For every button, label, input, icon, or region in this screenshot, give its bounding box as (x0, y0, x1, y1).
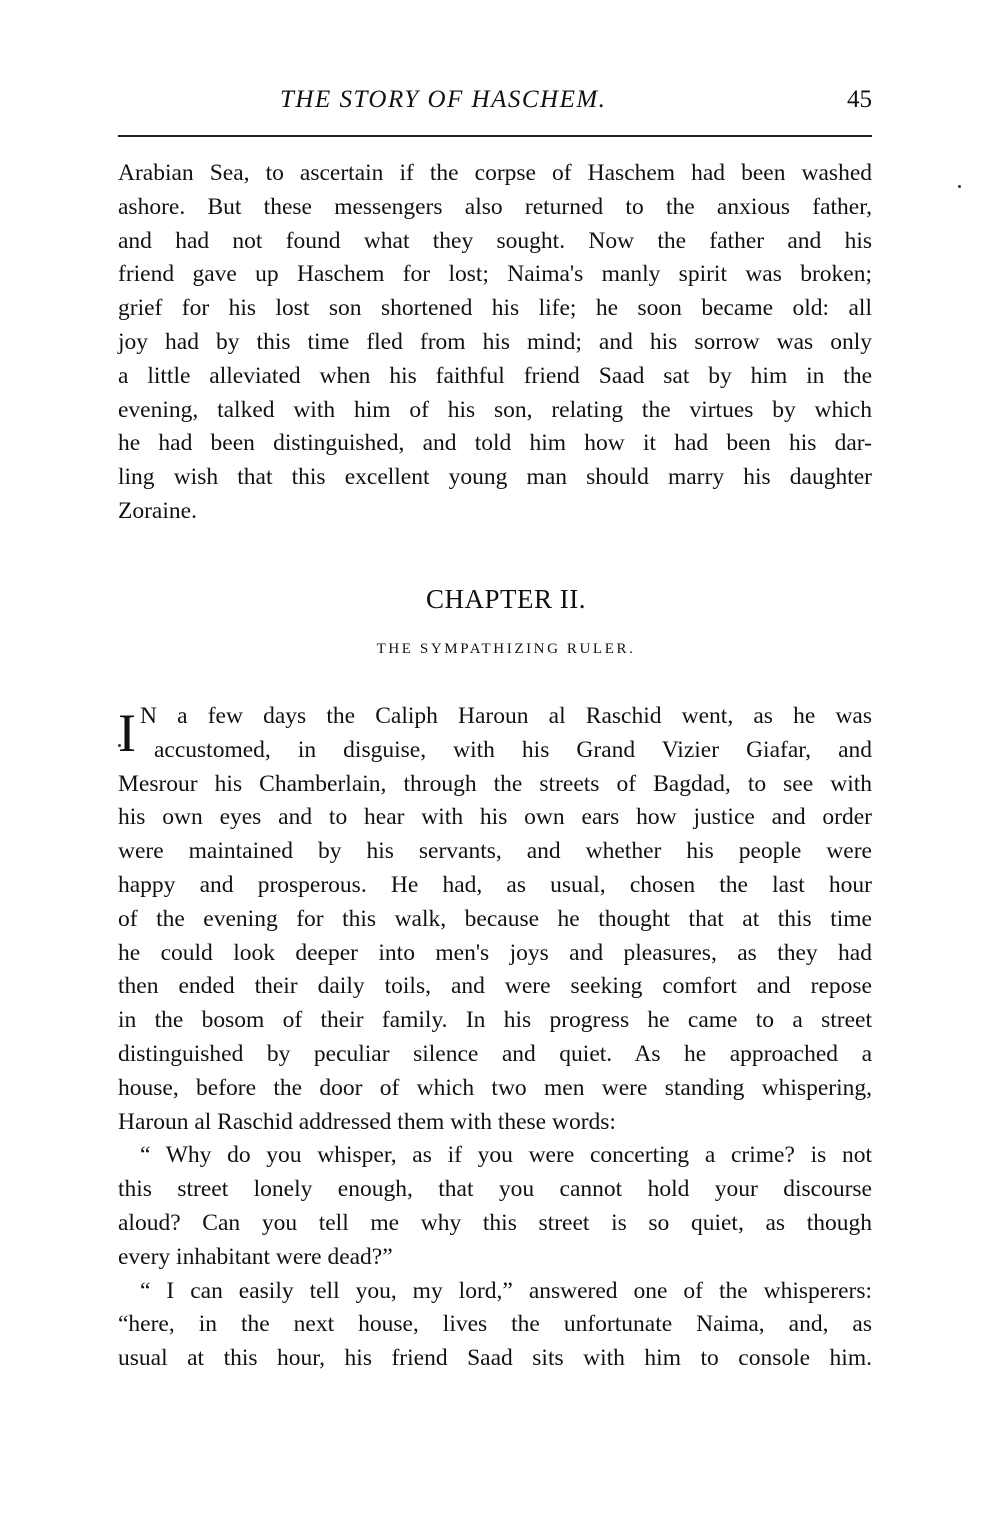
drop-cap: I (118, 706, 136, 760)
text-line: aloud? Can you tell me why this street i… (118, 1207, 872, 1241)
chapter-title: CHAPTER II. (0, 584, 1000, 615)
text-line: grief for his lost son shortened his lif… (118, 292, 872, 326)
text-line: “ Why do you whisper, as if you were con… (118, 1139, 872, 1173)
text-line: this street lonely enough, that you cann… (118, 1173, 872, 1207)
text-line: and had not found what they sought. Now … (118, 225, 872, 259)
running-title: THE STORY OF HASCHEM. (280, 86, 606, 114)
text-line: ling wish that this excellent young man … (118, 461, 872, 495)
header-rule (118, 135, 872, 137)
page-number: 45 (847, 86, 872, 114)
text-line: house, before the door of which two men … (118, 1072, 872, 1106)
text-line: happy and prosperous. He had, as usual, … (118, 869, 872, 903)
scan-speck (958, 185, 961, 188)
text-line: then ended their daily toils, and were s… (118, 970, 872, 1004)
text-line: Zoraine. (118, 495, 872, 529)
text-line: Arabian Sea, to ascertain if the corpse … (118, 157, 872, 191)
text-line: he had been distinguished, and told him … (118, 427, 872, 461)
text-line: “ I can easily tell you, my lord,” answe… (118, 1275, 872, 1309)
chapter-subtitle: THE SYMPATHIZING RULER. (0, 641, 1000, 658)
running-head: THE STORY OF HASCHEM. 45 (118, 86, 872, 126)
text-line: distinguished by peculiar silence and qu… (118, 1038, 872, 1072)
text-line: were maintained by his servants, and whe… (118, 835, 872, 869)
text-line: his own eyes and to hear with his own ea… (118, 801, 872, 835)
text-line: Haroun al Raschid addressed them with th… (118, 1106, 872, 1140)
text-line: N a few days the Caliph Haroun al Raschi… (118, 700, 872, 734)
text-line: usual at this hour, his friend Saad sits… (118, 1342, 872, 1376)
text-line: evening, talked with him of his son, rel… (118, 394, 872, 428)
text-line: a little alleviated when his faithful fr… (118, 360, 872, 394)
book-page: THE STORY OF HASCHEM. 45 Arabian Sea, to… (0, 0, 1000, 1522)
text-line: friend gave up Haschem for lost; Naima's… (118, 258, 872, 292)
scan-speck (118, 744, 121, 747)
text-line: joy had by this time fled from his mind;… (118, 326, 872, 360)
chapter-opening-paragraph: I N a few days the Caliph Haroun al Rasc… (118, 700, 872, 1376)
text-line: accustomed, in disguise, with his Grand … (118, 734, 872, 768)
paragraph-continued: Arabian Sea, to ascertain if the corpse … (118, 157, 872, 529)
text-line: of the evening for this walk, because he… (118, 903, 872, 937)
text-line: he could look deeper into men's joys and… (118, 937, 872, 971)
text-line: ashore. But these messengers also return… (118, 191, 872, 225)
text-line: “here, in the next house, lives the unfo… (118, 1308, 872, 1342)
text-line: in the bosom of their family. In his pro… (118, 1004, 872, 1038)
text-line: every inhabitant were dead?” (118, 1241, 872, 1275)
text-line: Mesrour his Chamberlain, through the str… (118, 768, 872, 802)
